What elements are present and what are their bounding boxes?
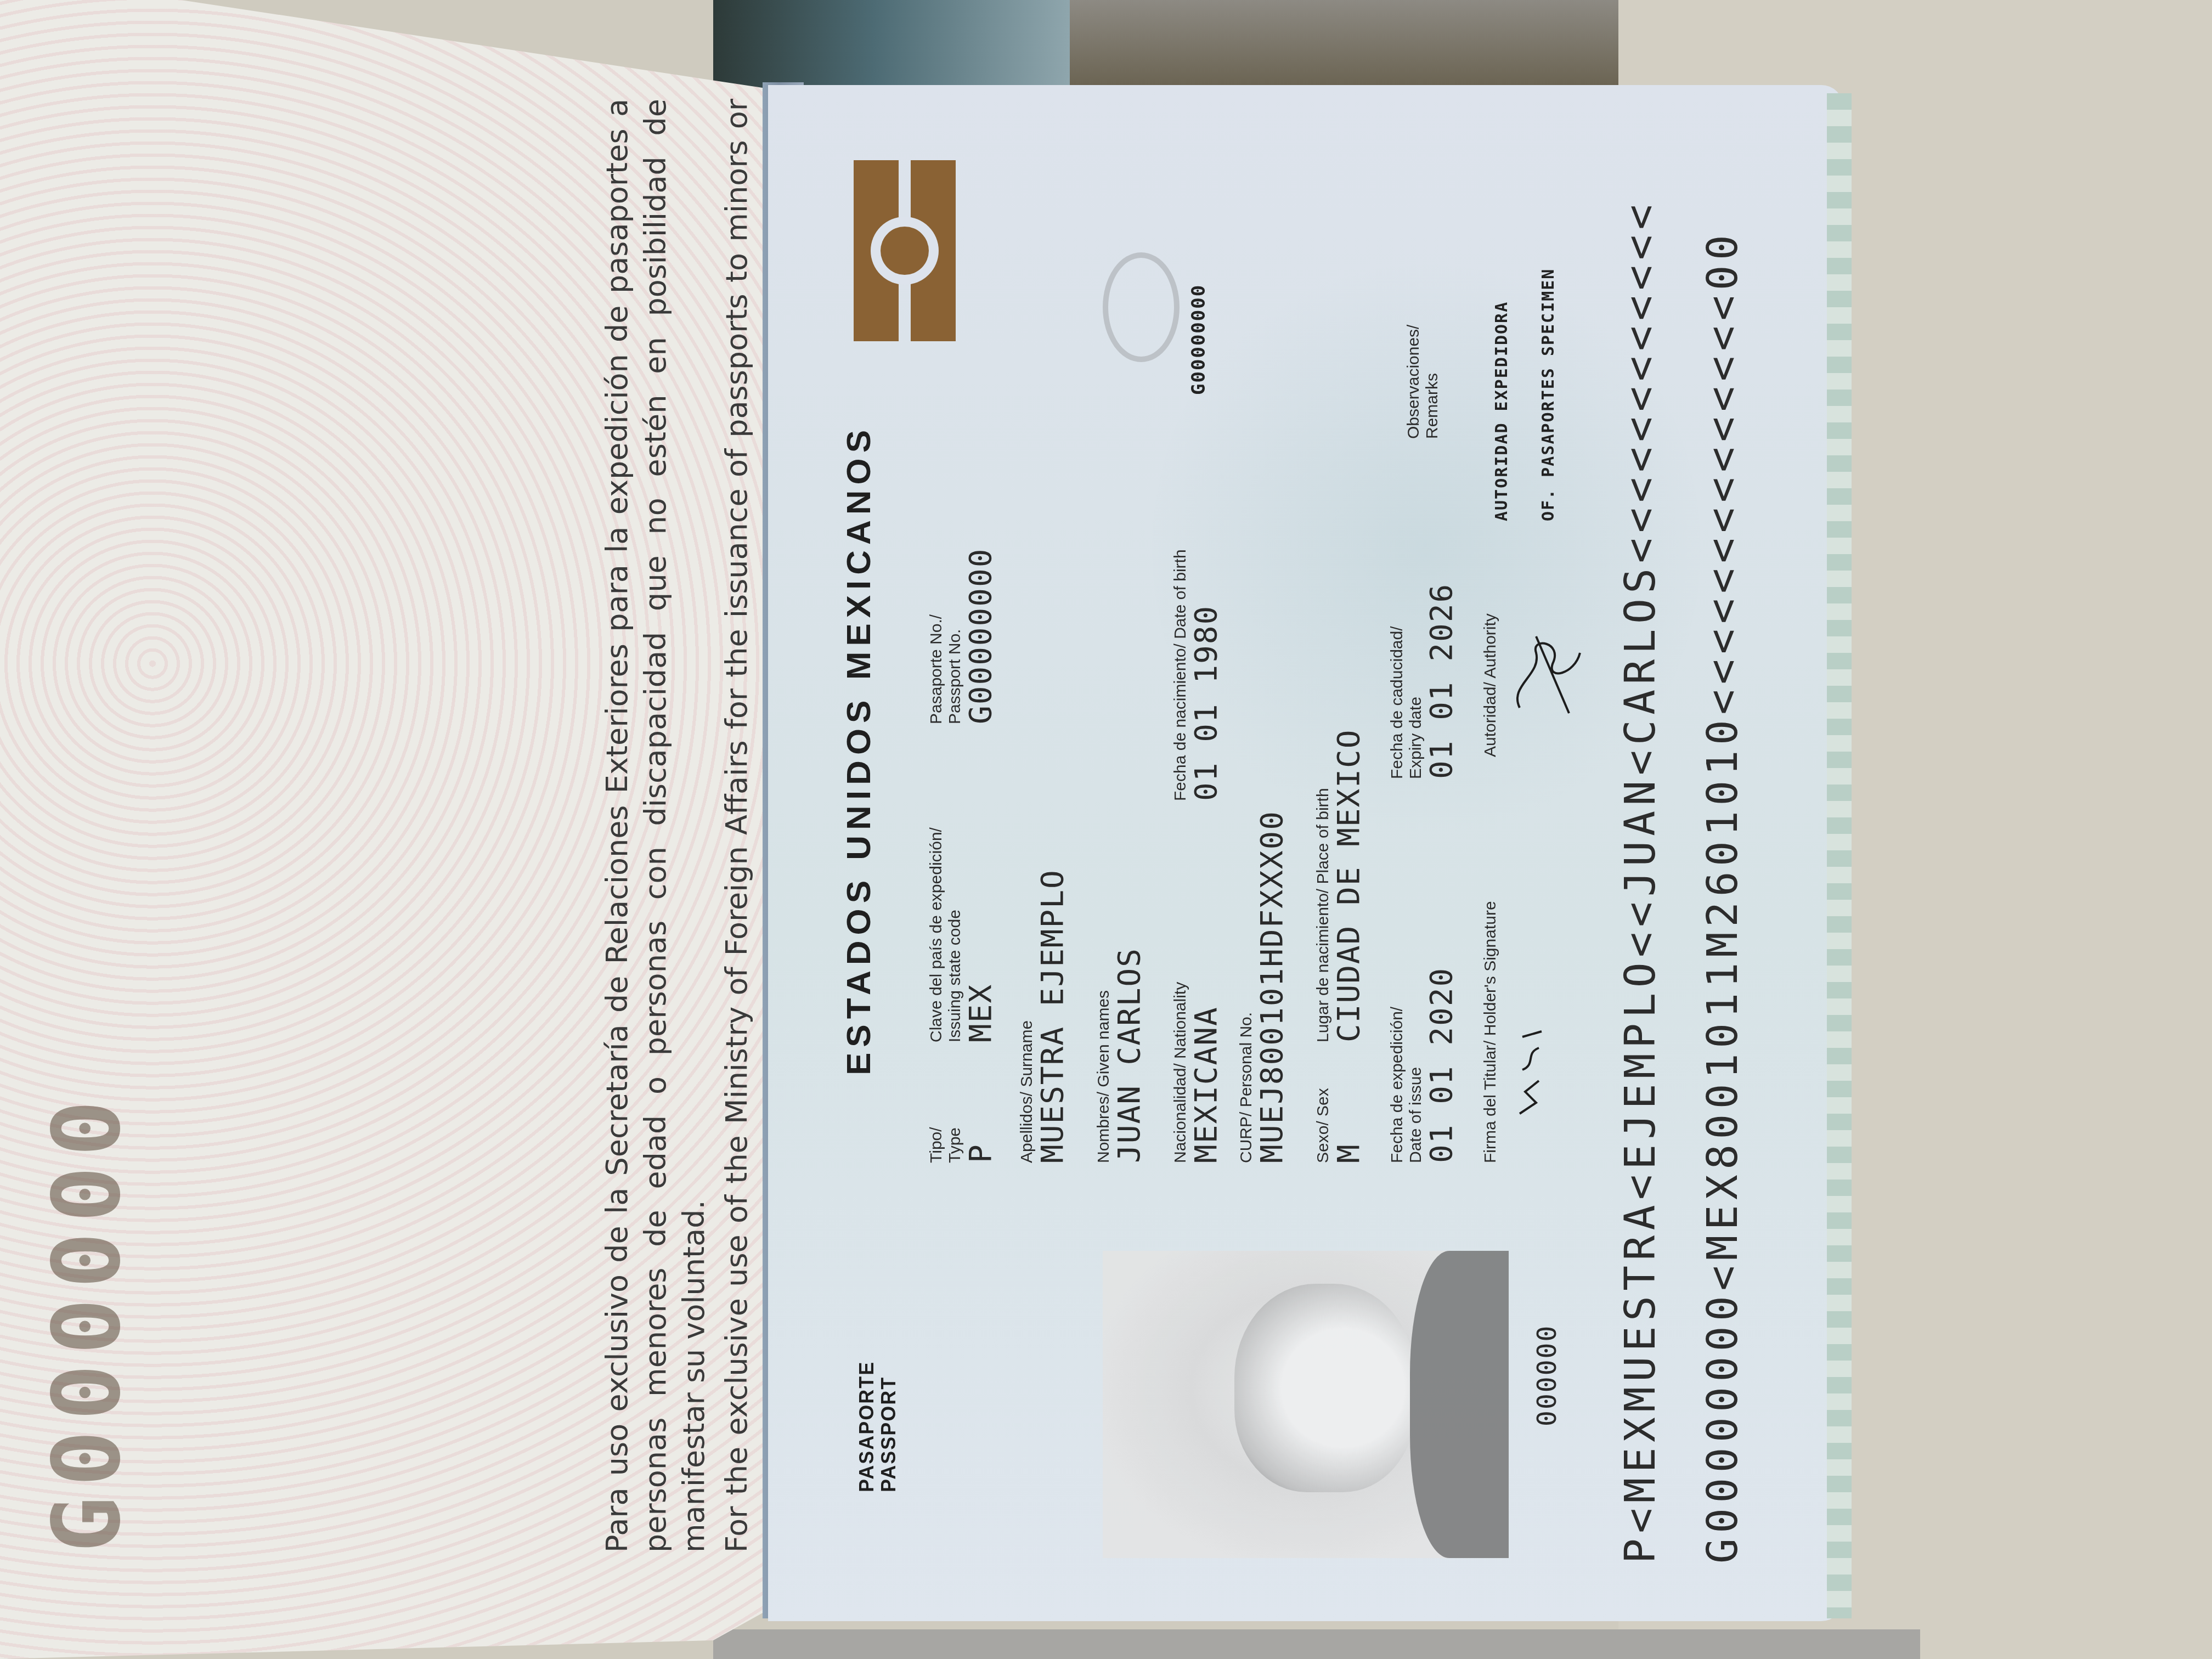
label-nationality: Nacionalidad/ Nationality [1171, 982, 1190, 1163]
value-place-of-birth: CIUDAD DE MEXICO [1333, 729, 1365, 1042]
value-nationality: MEXICANA [1190, 982, 1223, 1163]
value-curp: MUEJ800101HDFXXX00 [1256, 810, 1289, 1163]
value-passport-no: G00000000 [964, 548, 997, 724]
label-issuing-state-es: Clave del país de expedición/ [927, 827, 946, 1042]
field-given-names: Nombres/ Given names JUAN CARLOS [1094, 947, 1146, 1163]
holder-photo [1103, 1251, 1509, 1558]
coat-emblem-icon [849, 155, 959, 347]
label-date-of-issue-en: Date of issue [1407, 967, 1425, 1163]
label-curp: CURP/ Personal No. [1237, 810, 1256, 1163]
authority-signature-icon [1503, 620, 1585, 730]
field-nationality: Nacionalidad/ Nationality MEXICANA [1171, 982, 1223, 1163]
label-remarks-en: Remarks [1423, 325, 1442, 439]
label-sex: Sexo/ Sex [1314, 1088, 1333, 1163]
page-edge-stack [1827, 93, 1852, 1618]
label-remarks-es: Observaciones/ [1404, 325, 1423, 439]
label-place-of-birth: Lugar de nacimiento/ Place of birth [1314, 729, 1333, 1042]
field-passport-no: Pasaporte No./ Passport No. G00000000 [927, 548, 997, 724]
photo-number: 000000 [1531, 1325, 1564, 1426]
value-expiry-date: 01 01 2026 [1425, 583, 1458, 779]
left-page: G000000 Para uso exclusivo de la Secreta… [0, 0, 763, 1659]
label-expiry-date-en: Expiry date [1407, 583, 1425, 779]
label-passport-no-en: Passport No. [946, 548, 964, 724]
field-date-of-issue: Fecha de expedición/ Date of issue 01 01… [1388, 967, 1458, 1163]
mrz-line-2: G00000000<MEX8001011M2601010<<<<<<<<<<<<… [1698, 230, 1747, 1564]
vertical-passport-no: G00000000 [1188, 284, 1210, 395]
label-passport-no-es: Pasaporte No./ [927, 548, 946, 724]
value-issuing-state: MEX [964, 827, 997, 1042]
background-surface [713, 1629, 1920, 1659]
photo-head-silhouette [1234, 1284, 1415, 1492]
field-surname: Apellidos/ Surname MUESTRA EJEMPLO [1018, 869, 1069, 1163]
document-title-en: PASSPORT [878, 1361, 900, 1492]
label-holder-signature: Firma del Titular/ Holder's Signature [1481, 901, 1500, 1163]
field-place-of-birth: Lugar de nacimiento/ Place of birth CIUD… [1314, 729, 1365, 1042]
ghost-image-icon [1103, 252, 1180, 362]
field-date-of-birth: Fecha de nacimiento/ Date of birth 01 01… [1171, 549, 1223, 801]
label-type-es: Tipo/ [927, 1127, 946, 1163]
field-remarks: Observaciones/ Remarks [1404, 325, 1442, 439]
field-issuing-state: Clave del país de expedición/ Issuing st… [927, 827, 997, 1042]
label-date-of-issue-es: Fecha de expedición/ [1388, 967, 1407, 1163]
label-issuing-state-en: Issuing state code [946, 827, 964, 1042]
field-type: Tipo/ Type P [927, 1127, 997, 1163]
perforated-number: G000000 [33, 1091, 142, 1553]
mrz-line-1: P<MEXMUESTRA<EJEMPLO<<JUAN<CARLOS<<<<<<<… [1616, 199, 1664, 1564]
label-authority: Autoridad/ Authority [1481, 613, 1500, 757]
label-expiry-date-es: Fecha de caducidad/ [1388, 583, 1407, 779]
value-date-of-birth: 01 01 1980 [1190, 549, 1223, 801]
label-type-en: Type [946, 1127, 964, 1163]
value-given-names: JUAN CARLOS [1113, 947, 1146, 1163]
field-sex: Sexo/ Sex M [1314, 1088, 1365, 1163]
field-expiry-date: Fecha de caducidad/ Expiry date 01 01 20… [1388, 583, 1458, 779]
value-sex: M [1333, 1088, 1365, 1163]
value-authority: AUTORIDAD EXPEDIDORA [1492, 301, 1511, 521]
value-type: P [964, 1127, 997, 1163]
field-curp: CURP/ Personal No. MUEJ800101HDFXXX00 [1237, 810, 1289, 1163]
document-title-es: PASAPORTE [856, 1361, 878, 1492]
label-date-of-birth: Fecha de nacimiento/ Date of birth [1171, 549, 1190, 801]
value-date-of-issue: 01 01 2020 [1425, 967, 1458, 1163]
document-title: PASAPORTE PASSPORT [856, 1361, 900, 1492]
label-given-names: Nombres/ Given names [1094, 947, 1113, 1163]
holder-signature-icon [1514, 977, 1553, 1119]
value-surname: MUESTRA EJEMPLO [1036, 869, 1069, 1163]
notice-spanish: Para uso exclusivo de la Secretaría de R… [598, 99, 713, 1553]
label-surname: Apellidos/ Surname [1018, 869, 1036, 1163]
country-name: ESTADOS UNIDOS MEXICANOS [839, 425, 878, 1075]
value-issuing-office: OF. PASAPORTES SPECIMEN [1539, 268, 1558, 521]
photo-shoulders-silhouette [1410, 1251, 1509, 1558]
